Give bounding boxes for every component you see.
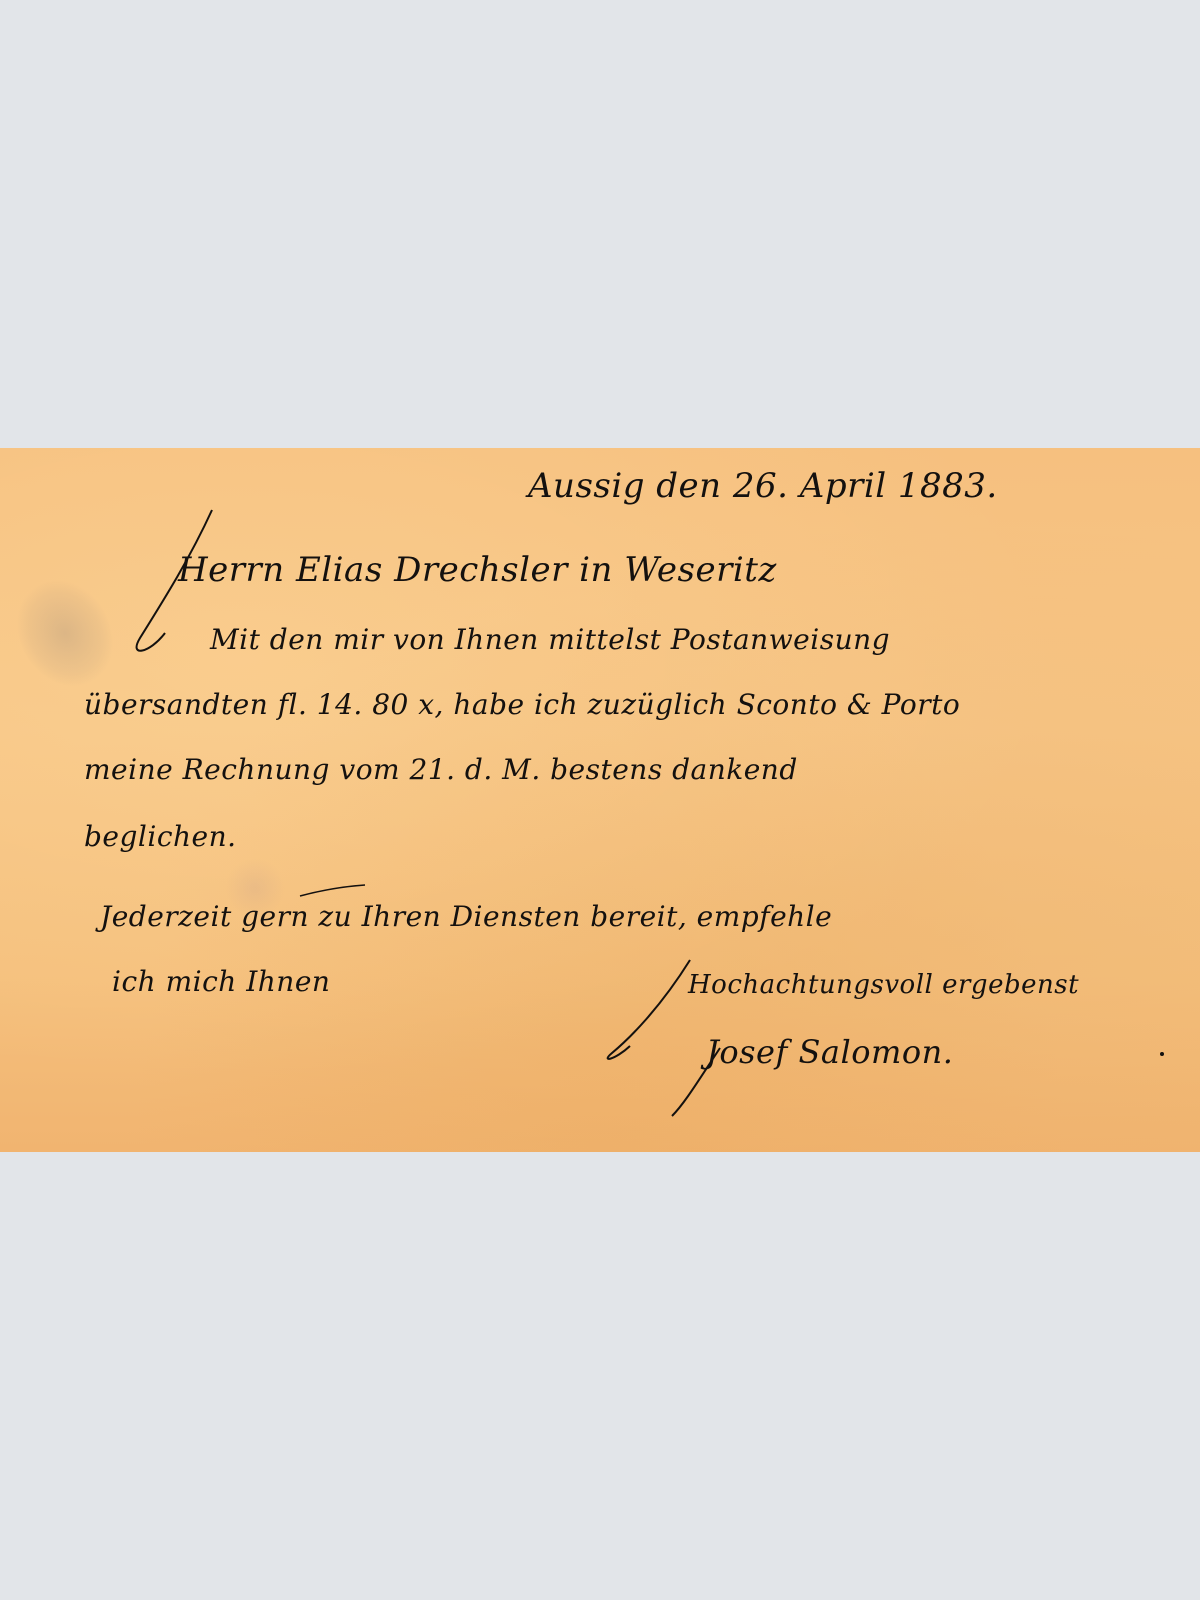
signature: Josef Salomon.: [706, 1033, 953, 1071]
body-line: beglichen.: [84, 820, 237, 853]
body-line: ich mich Ihnen: [112, 965, 330, 998]
closing: Hochachtungsvoll ergebenst: [688, 970, 1079, 1000]
salutation: Herrn Elias Drechsler in Weseritz: [178, 550, 777, 590]
body-line: meine Rechnung vom 21. d. M. bestens dan…: [84, 753, 798, 786]
dateline: Aussig den 26. April 1883.: [528, 466, 998, 506]
postmark-smudge: [0, 563, 131, 703]
body-line: übersandten fl. 14. 80 x, habe ich zuzüg…: [84, 688, 960, 721]
postcard: Aussig den 26. April 1883. Herrn Elias D…: [0, 448, 1200, 1152]
body-line: Mit den mir von Ihnen mittelst Postanwei…: [210, 623, 890, 656]
body-line: Jederzeit gern zu Ihren Diensten bereit,…: [100, 900, 832, 933]
